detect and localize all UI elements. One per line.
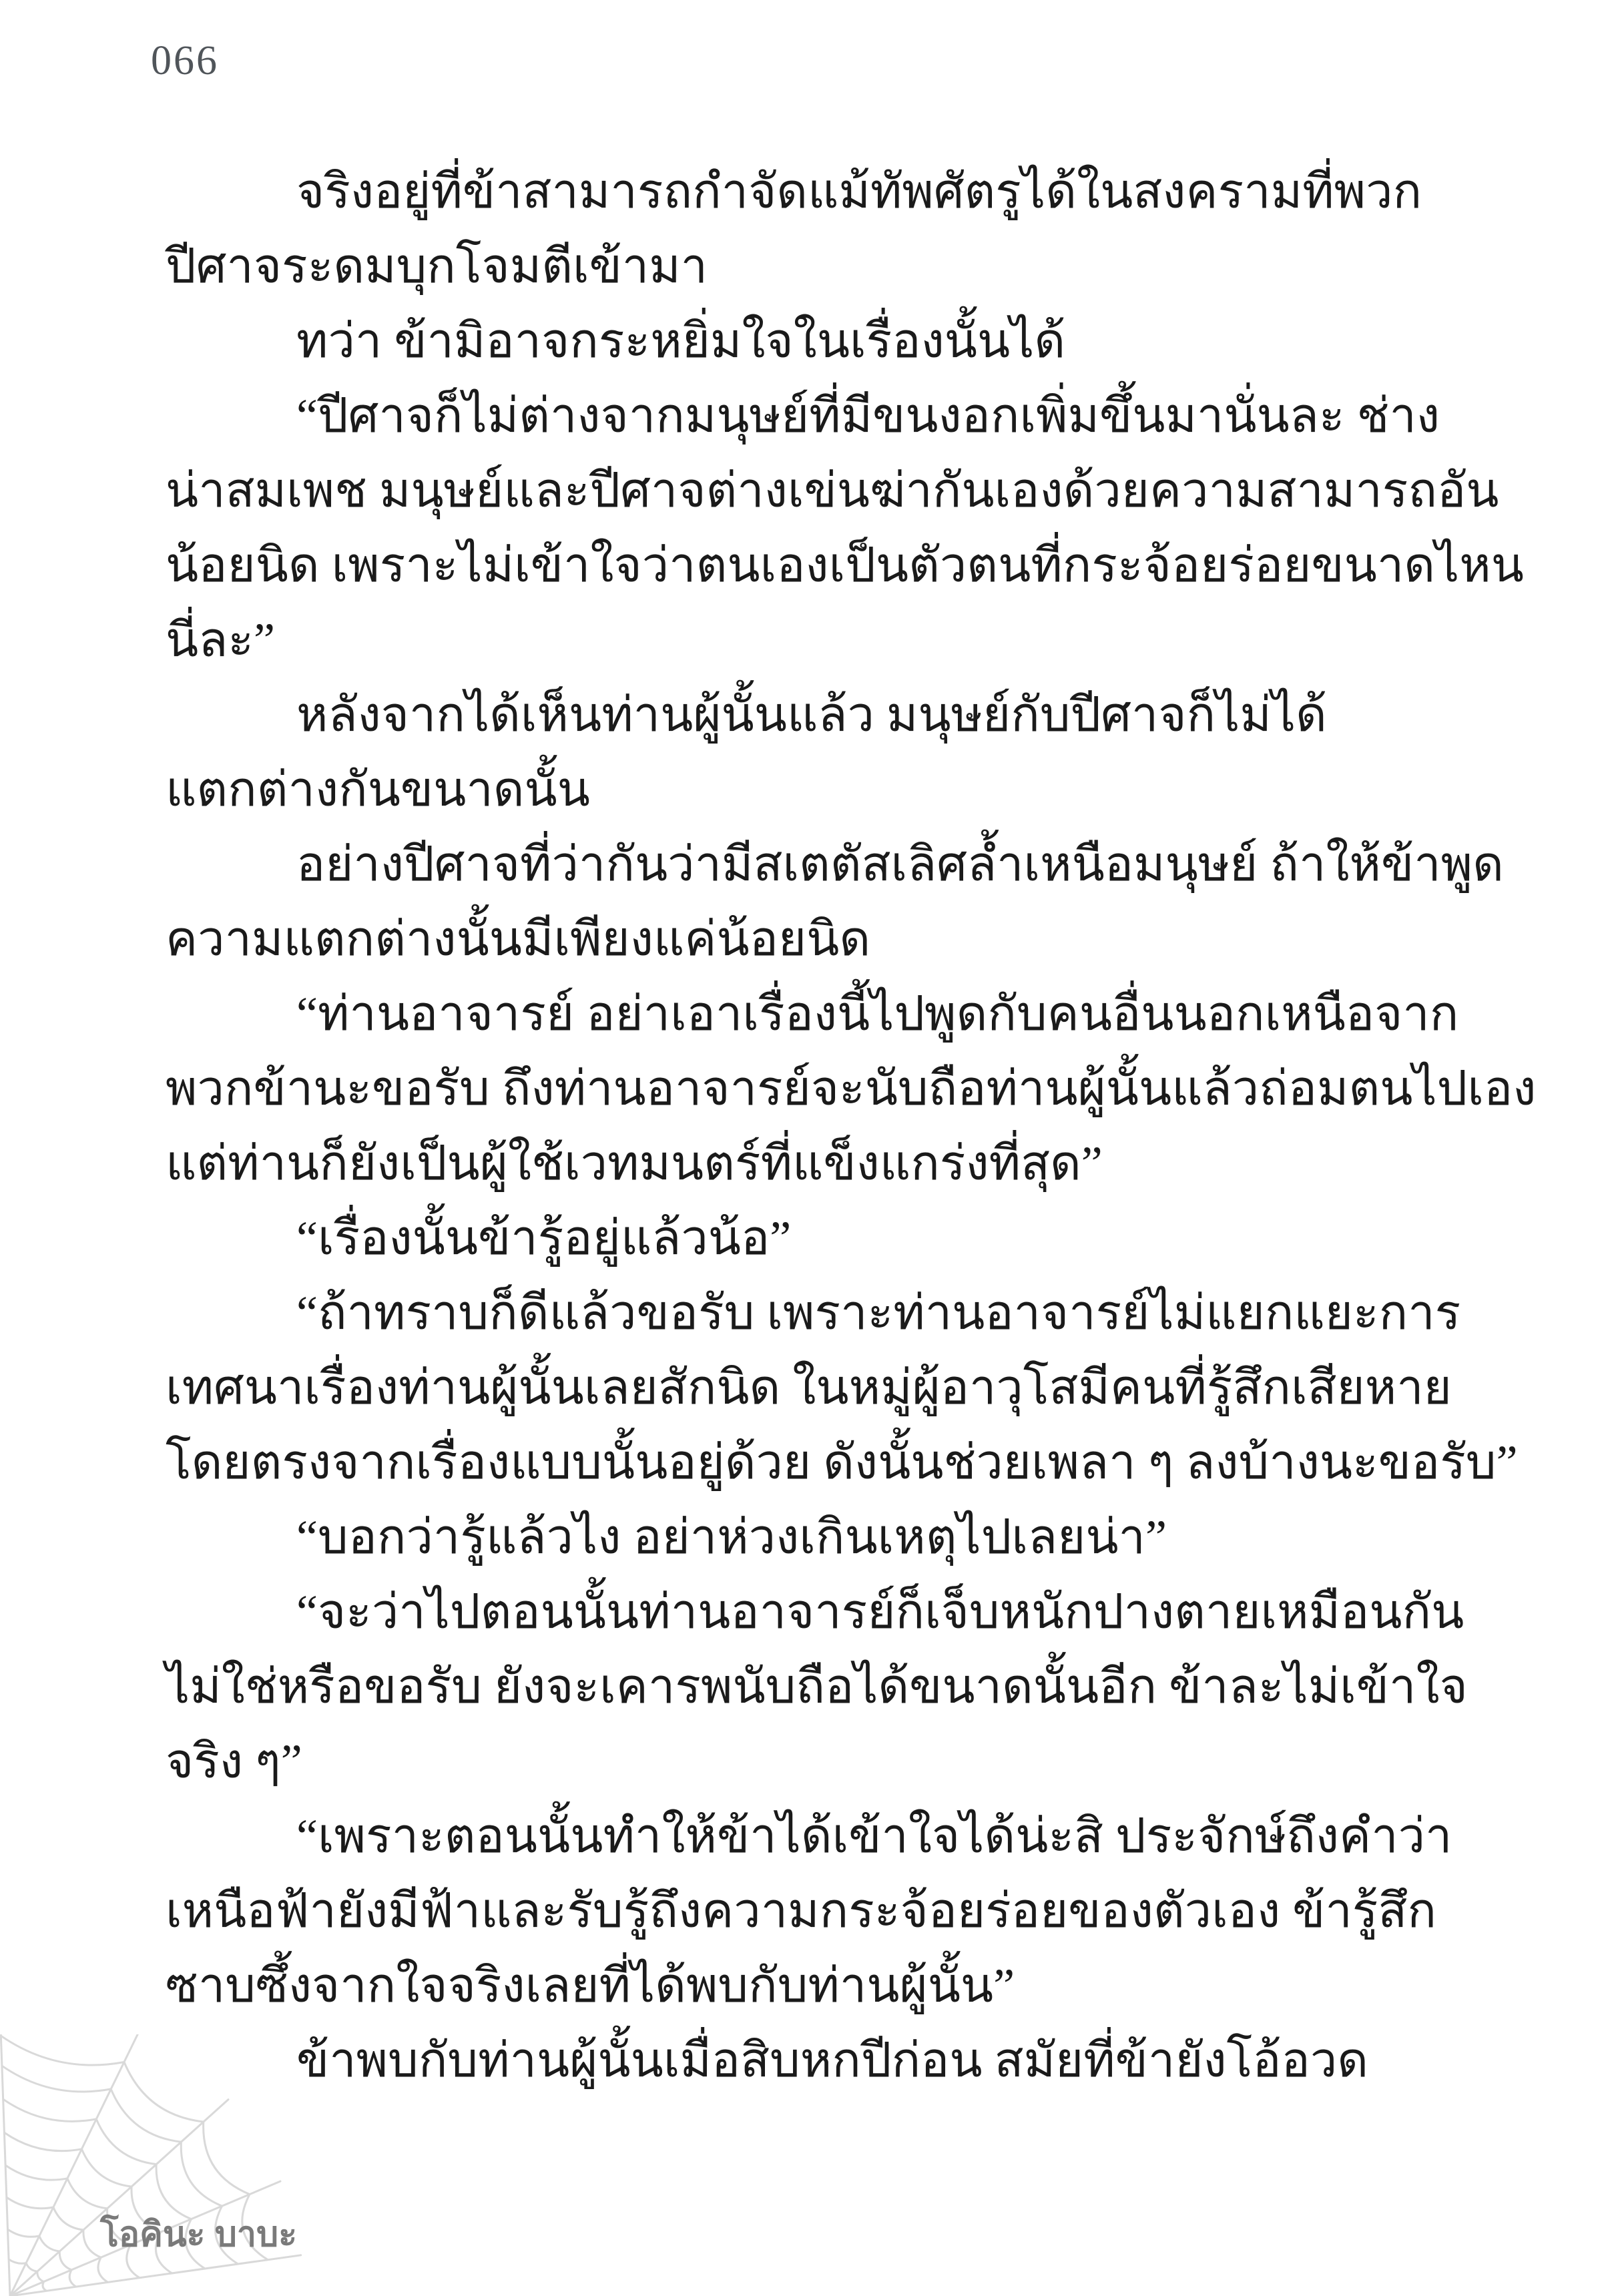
text-line: “เพราะตอนนั้นทำให้ข้าได้เข้าใจได้น่ะสิ ป… [166, 1799, 1423, 1874]
text-line: น้อยนิด เพราะไม่เข้าใจว่าตนเองเป็นตัวตนท… [166, 528, 1423, 603]
page-number: 066 [151, 37, 219, 84]
body-text: จริงอยู่ที่ข้าสามารถกำจัดแม้ทัพศัตรูได้ใ… [166, 154, 1423, 2098]
text-line: “เรื่องนั้นข้ารู้อยู่แล้วน้อ” [166, 1201, 1423, 1275]
text-line: ปีศาจระดมบุกโจมตีเข้ามา [166, 229, 1423, 304]
text-line: ไม่ใช่หรือขอรับ ยังจะเคารพนับถือได้ขนาดน… [166, 1649, 1423, 1724]
text-line: พวกข้านะขอรับ ถึงท่านอาจารย์จะนับถือท่าน… [166, 1051, 1423, 1126]
text-line: น่าสมเพช มนุษย์และปีศาจต่างเข่นฆ่ากันเอง… [166, 453, 1423, 528]
text-line: “ถ้าทราบก็ดีแล้วขอรับ เพราะท่านอาจารย์ไม… [166, 1275, 1423, 1350]
book-page: 066 จริงอยู่ที่ข้าสามารถกำจัดแม้ทัพศัตรู… [0, 0, 1612, 2296]
text-line: อย่างปีศาจที่ว่ากันว่ามีสเตตัสเลิศล้ำเหน… [166, 827, 1423, 902]
text-line: “ปีศาจก็ไม่ต่างจากมนุษย์ที่มีขนงอกเพิ่มข… [166, 378, 1423, 453]
text-line: ทว่า ข้ามิอาจกระหยิ่มใจในเรื่องนั้นได้ [166, 304, 1423, 378]
text-line: เหนือฟ้ายังมีฟ้าและรับรู้ถึงความกระจ้อยร… [166, 1874, 1423, 1948]
text-line: ความแตกต่างนั้นมีเพียงแค่น้อยนิด [166, 902, 1423, 976]
text-line: “บอกว่ารู้แล้วไง อย่าห่วงเกินเหตุไปเลยน่… [166, 1500, 1423, 1574]
author-credit: โอคินะ บาบะ [100, 2215, 297, 2255]
text-line: จริงอยู่ที่ข้าสามารถกำจัดแม้ทัพศัตรูได้ใ… [166, 154, 1423, 229]
text-line: แตกต่างกันขนาดนั้น [166, 752, 1423, 827]
text-line: จริง ๆ” [166, 1724, 1423, 1799]
text-line: หลังจากได้เห็นท่านผู้นั้นแล้ว มนุษย์กับป… [166, 677, 1423, 752]
text-line: โดยตรงจากเรื่องแบบนั้นอยู่ด้วย ดังนั้นช่… [166, 1425, 1423, 1500]
text-line: “ท่านอาจารย์ อย่าเอาเรื่องนี้ไปพูดกับคนอ… [166, 976, 1423, 1051]
spiderweb-icon [0, 2034, 360, 2296]
text-line: “จะว่าไปตอนนั้นท่านอาจารย์ก็เจ็บหนักปางต… [166, 1574, 1423, 1649]
text-line: ซาบซึ้งจากใจจริงเลยที่ได้พบกับท่านผู้นั้… [166, 1948, 1423, 2023]
text-line: เทศนาเรื่องท่านผู้นั้นเลยสักนิด ในหมู่ผู… [166, 1350, 1423, 1425]
text-line: นี่ละ” [166, 603, 1423, 677]
text-line: แต่ท่านก็ยังเป็นผู้ใช้เวทมนตร์ที่แข็งแกร… [166, 1126, 1423, 1201]
